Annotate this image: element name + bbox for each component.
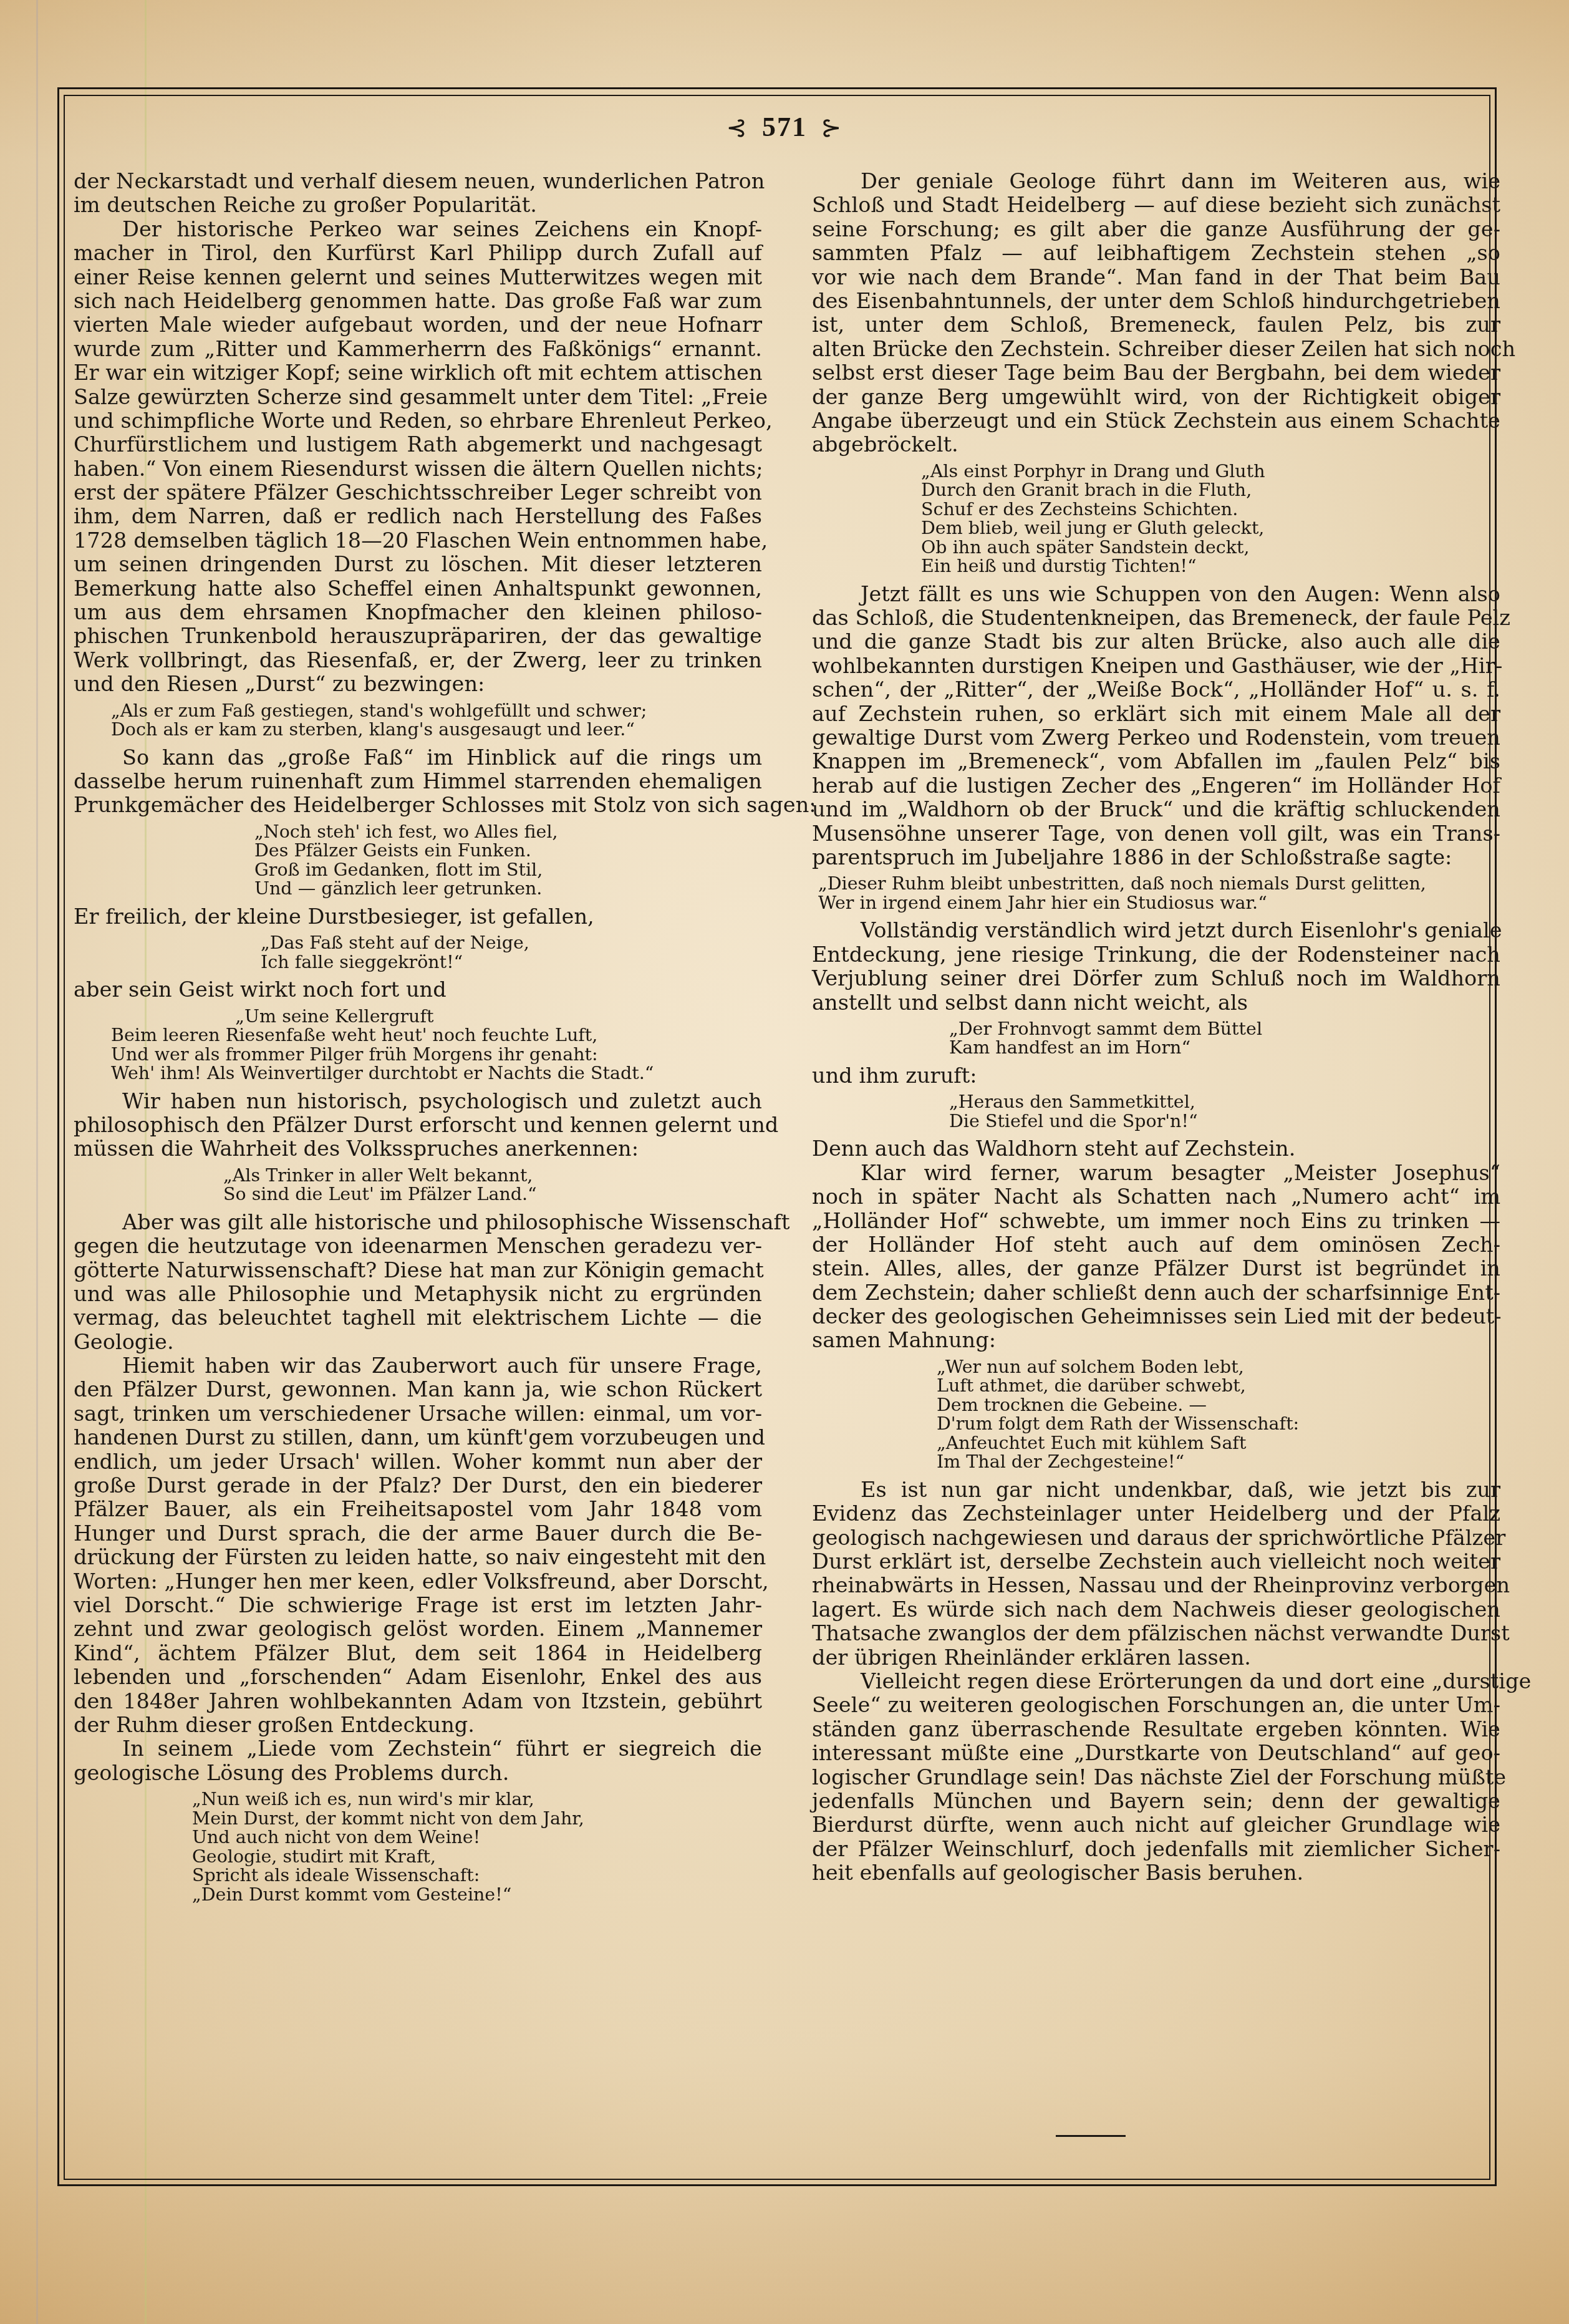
verse-quote: „Das Faß steht auf der Neige,Ich falle s…	[74, 934, 762, 972]
text-line: und die ganze Stadt bis zur alten Brücke…	[812, 630, 1500, 654]
verse-quote: „Als er zum Faß gestiegen, stand's wohlg…	[74, 702, 762, 740]
text-line: stein. Alles, alles, der ganze Pfälzer D…	[812, 1257, 1500, 1281]
verse-quote: „Wer nun auf solchem Boden lebt,Luft ath…	[812, 1358, 1500, 1472]
text-line: selbst erst dieser Tage beim Bau der Ber…	[812, 361, 1500, 385]
paragraph: Der historische Perkeo war seines Zeiche…	[74, 218, 762, 697]
text-line: Bemerkung hatte also Scheffel einen Anha…	[74, 577, 762, 601]
verse-line: Und auch nicht von dem Weine!	[192, 1828, 762, 1847]
verse-quote: „Nun weiß ich es, nun wird's mir klar,Me…	[74, 1790, 762, 1904]
paragraph: So kann das „große Faß“ im Hinblick auf …	[74, 746, 762, 818]
paragraph: Denn auch das Waldhorn steht auf Zechste…	[812, 1137, 1500, 1161]
text-line: götterte Naturwissenschaft? Diese hat ma…	[74, 1259, 762, 1282]
paragraph: Jetzt fällt es uns wie Schuppen von den …	[812, 583, 1500, 870]
right-column: Der geniale Geologe führt dann im Weiter…	[812, 170, 1500, 1885]
text-line: handenen Durst zu stillen, dann, um künf…	[74, 1426, 762, 1450]
text-line: ihm, dem Narren, daß er redlich nach Her…	[74, 505, 762, 528]
paragraph: Es ist nun gar nicht undenkbar, daß, wie…	[812, 1478, 1500, 1670]
text-line: jedenfalls München und Bayern sein; denn…	[812, 1789, 1500, 1813]
text-line: In seinem „Liede vom Zechstein“ führt er…	[74, 1737, 762, 1761]
text-line: decker des geologischen Geheimnisses sei…	[812, 1305, 1500, 1329]
text-line: Klar wird ferner, warum besagter „Meiste…	[812, 1161, 1500, 1185]
text-line: und schimpfliche Worte und Reden, so ehr…	[74, 409, 762, 433]
verse-line: Schuf er des Zechsteins Schichten.	[921, 500, 1500, 520]
text-line: Thatsache zwanglos der dem pfälzischen n…	[812, 1622, 1500, 1645]
text-line: Werk vollbringt, das Riesenfaß, er, der …	[74, 649, 762, 672]
verse-line: „Das Faß steht auf der Neige,	[261, 934, 762, 953]
ornament-right-icon: ⊱	[821, 114, 843, 142]
paragraph: Aber was gilt alle historische und philo…	[74, 1211, 762, 1354]
text-line: ständen ganz überraschende Resultate erg…	[812, 1718, 1500, 1741]
text-line: Bierdurst dürfte, wenn auch nicht auf gl…	[812, 1813, 1500, 1837]
text-line: der Holländer Hof steht auch auf dem omi…	[812, 1233, 1500, 1257]
text-line: aber sein Geist wirkt noch fort und	[74, 978, 762, 1002]
verse-line: Mein Durst, der kommt nicht von dem Jahr…	[192, 1809, 762, 1829]
verse-line: Die Stiefel und die Spor'n!“	[949, 1112, 1500, 1131]
text-line: vor wie nach dem Brande“. Man fand in de…	[812, 266, 1500, 289]
text-line: Prunkgemächer des Heidelberger Schlosses…	[74, 793, 762, 817]
text-line: müssen die Wahrheit des Volksspruches an…	[74, 1137, 762, 1161]
text-line: Der historische Perkeo war seines Zeiche…	[74, 218, 762, 241]
verse-quote: „Der Frohnvogt sammt dem BüttelKam handf…	[812, 1020, 1500, 1058]
text-line: den Pfälzer Durst, gewonnen. Man kann ja…	[74, 1378, 762, 1402]
text-line: im deutschen Reiche zu großer Popularitä…	[74, 193, 762, 217]
text-line: Angabe überzeugt und ein Stück Zechstein…	[812, 409, 1500, 433]
text-line: Geologie.	[74, 1330, 762, 1354]
verse-line: Im Thal der Zechgesteine!“	[937, 1453, 1500, 1472]
text-line: So kann das „große Faß“ im Hinblick auf …	[74, 746, 762, 770]
verse-line: Ob ihn auch später Sandstein deckt,	[921, 538, 1500, 558]
paper-edge-line	[36, 0, 38, 2324]
text-line: Kind“, ächtem Pfälzer Blut, dem seit 186…	[74, 1642, 762, 1665]
text-line: der Ruhm dieser großen Entdeckung.	[74, 1713, 762, 1737]
text-line: Jetzt fällt es uns wie Schuppen von den …	[812, 583, 1500, 606]
text-line: herab auf die lustigen Zecher des „Enger…	[812, 774, 1500, 798]
text-line: der Pfälzer Weinschlurf, doch jedenfalls…	[812, 1837, 1500, 1861]
text-line: heit ebenfalls auf geologischer Basis be…	[812, 1861, 1500, 1885]
verse-line: Weh' ihm! Als Weinvertilger durchtobt er…	[111, 1064, 762, 1083]
verse-line: Beim leeren Riesenfaße weht heut' noch f…	[111, 1026, 762, 1045]
text-line: lebenden und „forschenden“ Adam Eisenloh…	[74, 1665, 762, 1689]
text-line: Musensöhne unserer Tage, von denen voll …	[812, 822, 1500, 846]
article-end-rule	[1056, 2135, 1126, 2137]
text-line: Seele“ zu weiteren geologischen Forschun…	[812, 1693, 1500, 1717]
text-line: um seinen dringenden Durst zu löschen. M…	[74, 553, 762, 576]
text-line: interessant müßte eine „Durstkarte von D…	[812, 1741, 1500, 1765]
verse-line: Doch als er kam zu sterben, klang's ausg…	[111, 720, 762, 740]
text-line: den 1848er Jahren wohlbekannten Adam von…	[74, 1690, 762, 1713]
text-line: vermag, das beleuchtet taghell mit elekt…	[74, 1306, 762, 1330]
verse-line: D'rum folgt dem Rath der Wissenschaft:	[937, 1415, 1500, 1434]
text-line: Denn auch das Waldhorn steht auf Zechste…	[812, 1137, 1500, 1161]
verse-line: Ein heiß und durstig Tichten!“	[921, 557, 1500, 576]
text-line: lagert. Es würde sich nach dem Nachweis …	[812, 1598, 1500, 1622]
text-line: dem Zechstein; daher schließt denn auch …	[812, 1281, 1500, 1305]
verse-line: „Dein Durst kommt vom Gesteine!“	[192, 1886, 762, 1905]
text-line: Salze gewürzten Scherze sind gesammelt u…	[74, 385, 762, 409]
text-line: seine Forschung; es gilt aber die ganze …	[812, 218, 1500, 241]
text-line: Schloß und Stadt Heidelberg — auf diese …	[812, 193, 1500, 217]
text-line: Vielleicht regen diese Erörterungen da u…	[812, 1670, 1500, 1693]
text-line: und ihm zuruft:	[812, 1064, 1500, 1088]
verse-line: Durch den Granit brach in die Fluth,	[921, 481, 1500, 500]
text-line: endlich, um jeder Ursach' willen. Woher …	[74, 1450, 762, 1474]
verse-line: Des Pfälzer Geists ein Funken.	[254, 841, 762, 861]
text-line: Es ist nun gar nicht undenkbar, daß, wie…	[812, 1478, 1500, 1502]
text-line: Er freilich, der kleine Durstbesieger, i…	[74, 905, 762, 929]
verse-line: Und wer als frommer Pilger früh Morgens …	[111, 1045, 762, 1065]
text-line: Churfürstlichem und lustigem Rath abgeme…	[74, 433, 762, 457]
paragraph: Der geniale Geologe führt dann im Weiter…	[812, 170, 1500, 457]
text-line: Durst erklärt ist, derselbe Zechstein au…	[812, 1550, 1500, 1574]
text-line: und den Riesen „Durst“ zu bezwingen:	[74, 672, 762, 696]
text-line: anstellt und selbst dann nicht weicht, a…	[812, 991, 1500, 1015]
verse-line: Luft athmet, die darüber schwebt,	[937, 1377, 1500, 1396]
text-line: des Eisenbahntunnels, der unter dem Schl…	[812, 289, 1500, 313]
verse-line: So sind die Leut' im Pfälzer Land.“	[223, 1185, 762, 1204]
verse-line: Und — gänzlich leer getrunken.	[254, 879, 762, 899]
text-line: Verjublung seiner drei Dörfer zum Schluß…	[812, 967, 1500, 990]
verse-line: „Um seine Kellergruft	[111, 1007, 762, 1027]
verse-line: Ich falle sieggekrönt!“	[261, 953, 762, 972]
text-line: geologisch nachgewiesen und daraus der s…	[812, 1526, 1500, 1550]
text-line: ist, unter dem Schloß, Bremeneck, faulen…	[812, 313, 1500, 337]
verse-quote: „Dieser Ruhm bleibt unbestritten, daß no…	[812, 874, 1500, 913]
text-line: drückung der Fürsten zu leiden hatte, so…	[74, 1546, 762, 1569]
text-line: samen Mahnung:	[812, 1329, 1500, 1352]
verse-line: „Dieser Ruhm bleibt unbestritten, daß no…	[818, 874, 1500, 894]
verse-line: Dem trocknen die Gebeine. —	[937, 1396, 1500, 1415]
text-line: geologische Lösung des Problems durch.	[74, 1761, 762, 1785]
text-line: Worten: „Hunger hen mer keen, edler Volk…	[74, 1570, 762, 1594]
paragraph: Vielleicht regen diese Erörterungen da u…	[812, 1670, 1500, 1886]
text-line: 1728 demselben täglich 18—20 Flaschen We…	[74, 529, 762, 553]
left-column: der Neckarstadt und verhalf diesem neuen…	[74, 170, 762, 1910]
text-line: auf Zechstein ruhen, so erklärt sich mit…	[812, 702, 1500, 726]
paragraph: und ihm zuruft:	[812, 1064, 1500, 1088]
verse-line: Spricht als ideale Wissenschaft:	[192, 1866, 762, 1886]
text-line: und was alle Philosophie und Metaphysik …	[74, 1282, 762, 1306]
text-line: der ganze Berg umgewühlt wird, von der R…	[812, 385, 1500, 409]
text-line: gewaltige Durst vom Zwerg Perkeo und Rod…	[812, 726, 1500, 750]
text-line: haben.“ Von einem Riesendurst wissen die…	[74, 457, 762, 481]
verse-line: Groß im Gedanken, flott im Stil,	[254, 861, 762, 880]
text-line: der übrigen Rheinländer erklären lassen.	[812, 1646, 1500, 1670]
verse-line: Wer in irgend einem Jahr hier ein Studio…	[818, 894, 1500, 913]
text-line: Pfälzer Bauer, als ein Freiheitsapostel …	[74, 1498, 762, 1521]
paragraph: aber sein Geist wirkt noch fort und	[74, 978, 762, 1002]
text-line: alten Brücke den Zechstein. Schreiber di…	[812, 337, 1500, 361]
text-line: Wir haben nun historisch, psychologisch …	[74, 1090, 762, 1113]
verse-line: „Als er zum Faß gestiegen, stand's wohlg…	[111, 702, 762, 721]
text-line: Vollständig verständlich wird jetzt durc…	[812, 919, 1500, 942]
text-line: wurde zum „Ritter und Kammerherrn des Fa…	[74, 337, 762, 361]
verse-quote: „Als einst Porphyr in Drang und GluthDur…	[812, 462, 1500, 576]
text-line: parentspruch im Jubeljahre 1886 in der S…	[812, 846, 1500, 869]
text-line: philosophisch den Pfälzer Durst erforsch…	[74, 1113, 762, 1137]
text-line: Der geniale Geologe führt dann im Weiter…	[812, 170, 1500, 193]
text-line: der Neckarstadt und verhalf diesem neuen…	[74, 170, 762, 193]
text-line: sich nach Heidelberg genommen hatte. Das…	[74, 289, 762, 313]
text-line: das Schloß, die Studentenkneipen, das Br…	[812, 606, 1500, 630]
text-line: und im „Waldhorn ob der Bruck“ und die k…	[812, 798, 1500, 821]
text-line: Hiemit haben wir das Zauberwort auch für…	[74, 1354, 762, 1378]
text-line: wohlbekannten durstigen Kneipen und Gast…	[812, 654, 1500, 678]
paragraph: Vollständig verständlich wird jetzt durc…	[812, 919, 1500, 1015]
text-line: sagt, trinken um verschiedener Ursache w…	[74, 1402, 762, 1426]
text-line: sammten Pfalz — auf leibhaftigem Zechste…	[812, 241, 1500, 265]
verse-quote: „Als Trinker in aller Welt bekannt,So si…	[74, 1166, 762, 1204]
ornament-left-icon: ⊰	[726, 114, 748, 142]
text-line: rheinabwärts in Hessen, Nassau und der R…	[812, 1574, 1500, 1597]
text-line: um aus dem ehrsamen Knopfmacher den klei…	[74, 601, 762, 624]
text-line: abgebröckelt.	[812, 433, 1500, 457]
text-line: macher in Tirol, den Kurfürst Karl Phili…	[74, 241, 762, 265]
verse-line: Dem blieb, weil jung er Gluth geleckt,	[921, 519, 1500, 538]
paragraph: der Neckarstadt und verhalf diesem neuen…	[74, 170, 762, 218]
verse-line: „Als einst Porphyr in Drang und Gluth	[921, 462, 1500, 482]
verse-line: „Noch steh' ich fest, wo Alles fiel,	[254, 823, 762, 842]
verse-line: „Heraus den Sammetkittel,	[949, 1093, 1500, 1112]
text-line: Entdeckung, jene riesige Trinkung, die d…	[812, 943, 1500, 967]
verse-line: Geologie, studirt mit Kraft,	[192, 1847, 762, 1867]
text-line: dasselbe herum ruinenhaft zum Himmel sta…	[74, 770, 762, 793]
text-line: phischen Trunkenbold herauszupräpariren,…	[74, 624, 762, 648]
text-line: vierten Male wieder aufgebaut worden, un…	[74, 313, 762, 337]
text-line: schen“, der „Ritter“, der „Weiße Bock“, …	[812, 678, 1500, 702]
text-line: zehnt und zwar geologisch gelöst worden.…	[74, 1617, 762, 1641]
page-number: 571	[762, 112, 807, 142]
verse-line: „Anfeuchtet Euch mit kühlem Saft	[937, 1434, 1500, 1453]
verse-line: „Der Frohnvogt sammt dem Büttel	[949, 1020, 1500, 1039]
verse-line: „Nun weiß ich es, nun wird's mir klar,	[192, 1790, 762, 1809]
verse-quote: „Um seine KellergruftBeim leeren Riesenf…	[74, 1007, 762, 1083]
text-line: viel Dorscht.“ Die schwierige Frage ist …	[74, 1594, 762, 1617]
text-line: große Durst gerade in der Pfalz? Der Dur…	[74, 1474, 762, 1498]
paragraph: Wir haben nun historisch, psychologisch …	[74, 1090, 762, 1161]
paragraph: Er freilich, der kleine Durstbesieger, i…	[74, 905, 762, 929]
verse-quote: „Heraus den Sammetkittel,Die Stiefel und…	[812, 1093, 1500, 1131]
verse-line: Kam handfest an im Horn“	[949, 1039, 1500, 1058]
text-line: Evidenz das Zechsteinlager unter Heidelb…	[812, 1502, 1500, 1526]
page-header: ⊰571⊱	[0, 111, 1569, 143]
text-line: gegen die heutzutage von ideenarmen Mens…	[74, 1234, 762, 1258]
verse-line: „Wer nun auf solchem Boden lebt,	[937, 1358, 1500, 1377]
verse-quote: „Noch steh' ich fest, wo Alles fiel,Des …	[74, 823, 762, 899]
text-line: Hunger und Durst sprach, die der arme Ba…	[74, 1522, 762, 1546]
text-line: Er war ein witziger Kopf; seine wirklich…	[74, 361, 762, 385]
text-line: einer Reise kennen gelernt und seines Mu…	[74, 266, 762, 289]
verse-line: „Als Trinker in aller Welt bekannt,	[223, 1166, 762, 1186]
text-line: Knappen im „Bremeneck“, vom Abfallen im …	[812, 750, 1500, 773]
paragraph: In seinem „Liede vom Zechstein“ führt er…	[74, 1737, 762, 1785]
text-line: Aber was gilt alle historische und philo…	[74, 1211, 762, 1234]
text-line: „Holländer Hof“ schwebte, um immer noch …	[812, 1209, 1500, 1233]
text-line: noch in später Nacht als Schatten nach „…	[812, 1185, 1500, 1209]
paragraph: Klar wird ferner, warum besagter „Meiste…	[812, 1161, 1500, 1353]
text-line: logischer Grundlage sein! Das nächste Zi…	[812, 1766, 1500, 1789]
paragraph: Hiemit haben wir das Zauberwort auch für…	[74, 1354, 762, 1737]
text-line: erst der spätere Pfälzer Geschichtsschre…	[74, 481, 762, 505]
